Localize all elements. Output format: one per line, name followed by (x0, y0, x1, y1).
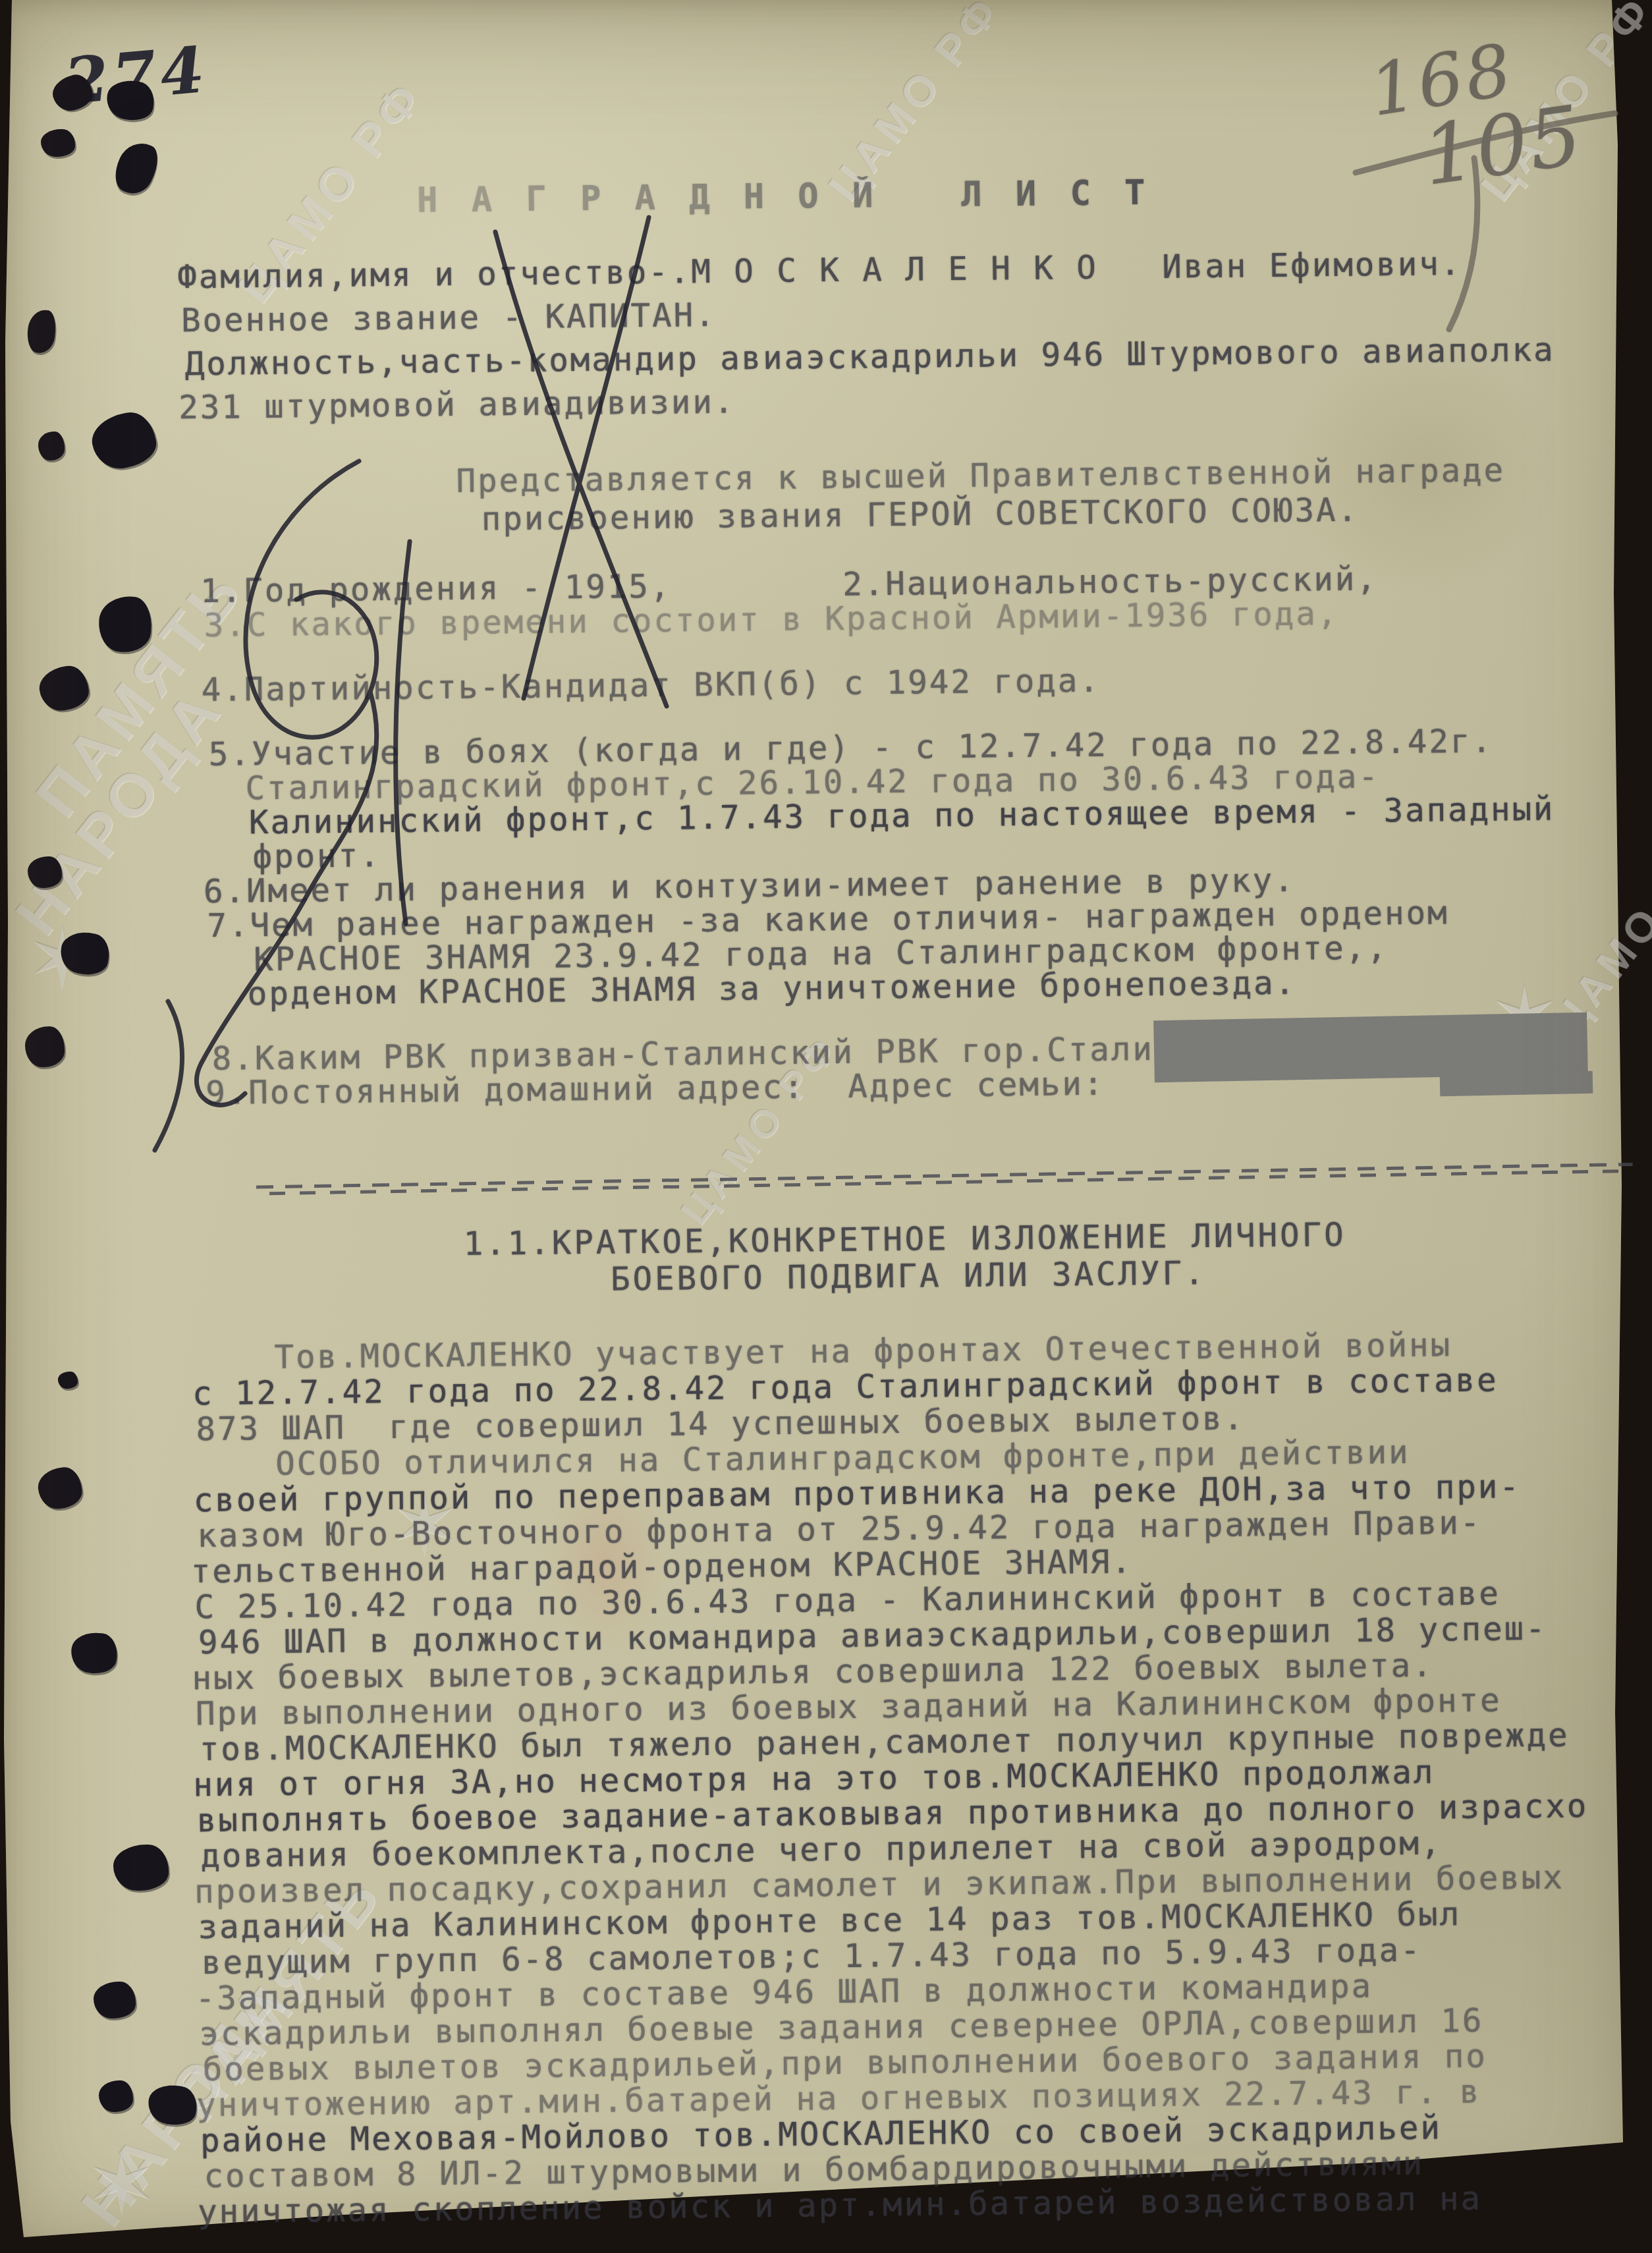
section-heading: 1.1.КРАТКОЕ,КОНКРЕТНОЕ ИЗЛОЖЕНИЕ ЛИЧНОГО… (190, 1213, 1626, 1302)
redaction-box (1440, 1071, 1593, 1096)
ink-blot (58, 1372, 78, 1389)
form-section: Фамилия,имя и отчество-.М О С К А Л Е Н … (180, 240, 1617, 430)
representation-section: Представляется к высшей Правителвственно… (459, 450, 1618, 538)
scanned-document-photo: ЦАМО РФ ЦАМО РФ ЦАМО РФ ЦАМО РФ ЦАМО РФ … (0, 0, 1652, 2253)
ink-blot (99, 2080, 133, 2112)
citation-body: Тов.МОСКАЛЕНКО участвует на фронтах Отеч… (192, 1325, 1636, 2230)
ink-blot (113, 1845, 169, 1891)
ink-blot (25, 1026, 65, 1067)
ink-blot (41, 129, 75, 157)
typed-document: Н А Г Р А Д Н О Й Л И С Т Фамилия,имя и … (0, 0, 1652, 2232)
ink-blot (28, 856, 62, 888)
ink-blot (94, 1982, 136, 2018)
ink-blot (38, 431, 65, 460)
dashed-divider (256, 1163, 1633, 1196)
